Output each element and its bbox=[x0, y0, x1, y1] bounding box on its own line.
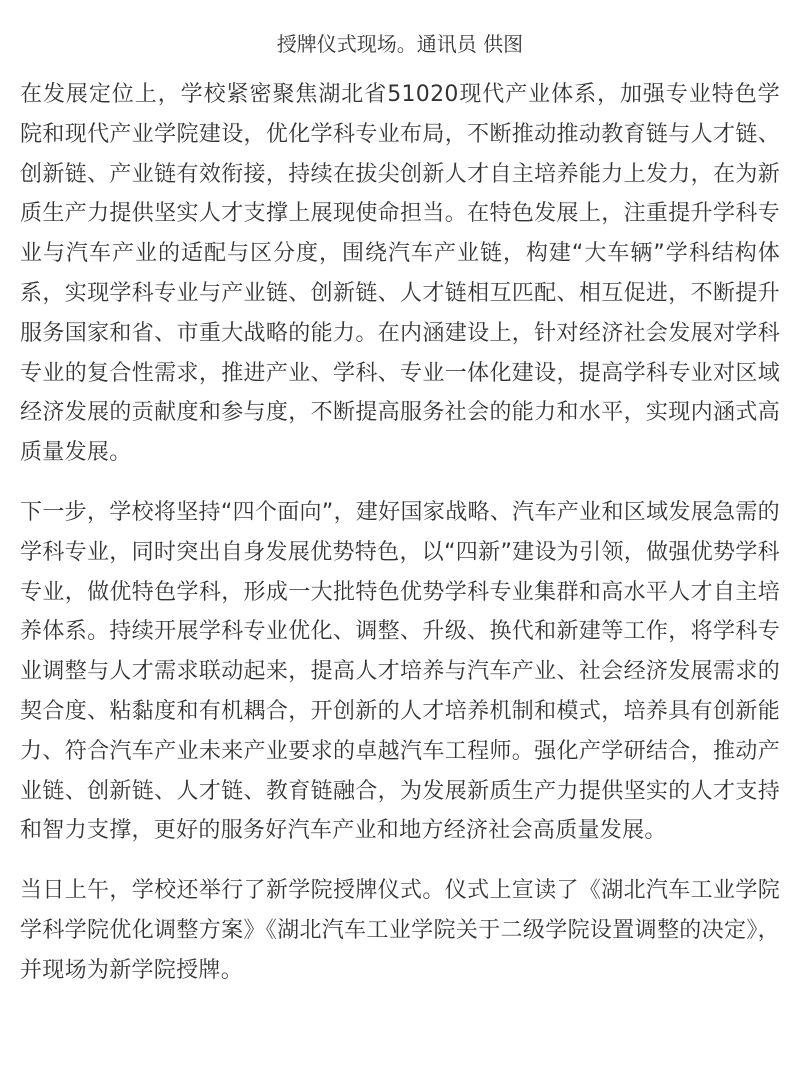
article-body: 授牌仪式现场。通讯员 供图 在发展定位上，学校紧密聚焦湖北省51020现代产业体… bbox=[0, 29, 800, 991]
paragraph-next-steps: 下一步，学校将坚持“四个面向”，建好国家战略、汽车产业和区域发展急需的学科专业，… bbox=[20, 493, 780, 851]
image-caption: 授牌仪式现场。通讯员 供图 bbox=[20, 29, 780, 59]
paragraph-development-positioning: 在发展定位上，学校紧密聚焦湖北省51020现代产业体系，加强专业特色学院和现代产… bbox=[20, 75, 780, 473]
paragraph-ceremony: 当日上午，学校还举行了新学院授牌仪式。仪式上宣读了《湖北汽车工业学院学科学院优化… bbox=[20, 871, 780, 990]
